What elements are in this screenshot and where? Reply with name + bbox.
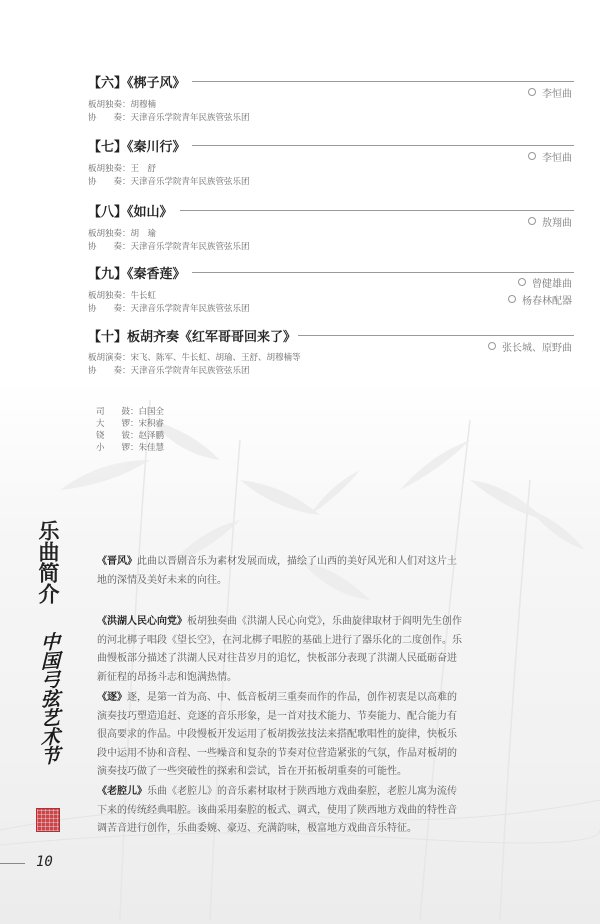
intro-title: 《晋风》	[97, 556, 137, 567]
composer-credits: 曾健雄曲 杨春林配器	[508, 276, 572, 310]
percussion-row: 司 鼓：白国全	[96, 406, 164, 418]
title-rule	[298, 335, 574, 336]
title-rule	[192, 81, 574, 82]
title-rule	[192, 145, 574, 146]
performers: 板胡独奏：胡 瑜 协 奏：天津音乐学院青年民族管弦乐团	[88, 228, 250, 254]
piece-title: 【七】《秦川行》	[88, 136, 192, 155]
circle-bullet-icon	[528, 152, 536, 160]
percussion-row: 小 锣：朱佳慧	[96, 442, 164, 454]
program-item-7: 【七】《秦川行》 李恒曲 板胡独奏：王 舒 协 奏：天津音乐学院青年民族管弦乐团	[88, 136, 588, 154]
section-title: 乐曲简介	[36, 520, 60, 604]
composer-credits: 李恒曲	[528, 150, 572, 167]
performers: 板胡独奏：胡穆楠 协 奏：天津音乐学院青年民族管弦乐团	[88, 99, 250, 125]
title-rule	[180, 210, 574, 211]
circle-bullet-icon	[508, 295, 516, 303]
piece-title: 【六】《梆子风》	[88, 72, 192, 91]
circle-bullet-icon	[518, 278, 526, 286]
piece-title: 【八】《如山》	[88, 201, 179, 220]
intro-paragraph: 《晋风》此曲以晋剧音乐为素材发展而成，描绘了山西的美好风光和人们对这片土地的深情…	[97, 553, 465, 590]
festival-calligraphy: 中国弓弦艺术节	[34, 631, 62, 766]
composer-credits: 敖翔曲	[528, 215, 572, 232]
intro-title: 《逐》	[97, 692, 127, 703]
piece-title: 【九】《秦香莲》	[88, 263, 192, 282]
intro-paragraph: 《逐》逐，是第一首为高、中、低音板胡三重奏而作的作品，创作初衷是以高难的演奏技巧…	[97, 689, 465, 782]
percussion-row: 铙 钹：赵泽鹏	[96, 430, 164, 442]
performers: 板胡独奏：王 舒 协 奏：天津音乐学院青年民族管弦乐团	[88, 163, 250, 189]
page-number: 10	[36, 854, 53, 870]
circle-bullet-icon	[528, 217, 536, 225]
intro-text: 此曲以晋剧音乐为素材发展而成，描绘了山西的美好风光和人们对这片土地的深情及美好未…	[97, 556, 457, 586]
composer-credits: 李恒曲	[528, 86, 572, 103]
intro-text: 乐曲《老腔儿》的音乐素材取材于陕西地方戏曲秦腔，老腔儿寓为流传下来的传统经典唱腔…	[97, 786, 457, 834]
circle-bullet-icon	[528, 88, 536, 96]
circle-bullet-icon	[488, 342, 496, 350]
footer-rule	[0, 863, 25, 864]
intro-title: 《洪湖人民心向党》	[97, 616, 187, 627]
title-rule	[192, 272, 574, 273]
program-item-10: 【十】板胡齐奏《红军哥哥回来了》 张长城、原野曲 板胡演奏：宋飞、陈军、牛长虹、…	[88, 326, 588, 344]
red-seal-icon	[36, 808, 60, 832]
program-item-6: 【六】《梆子风》 李恒曲 板胡独奏：胡穆楠 协 奏：天津音乐学院青年民族管弦乐团	[88, 72, 588, 90]
percussion-list: 司 鼓：白国全 大 锣：宋积睿 铙 钹：赵泽鹏 小 锣：朱佳慧	[96, 406, 164, 454]
composer-credits: 张长城、原野曲	[488, 340, 572, 357]
program-item-9: 【九】《秦香莲》 曾健雄曲 杨春林配器 板胡独奏：牛长虹 协 奏：天津音乐学院青…	[88, 263, 588, 281]
performers: 板胡独奏：牛长虹 协 奏：天津音乐学院青年民族管弦乐团	[88, 290, 250, 316]
percussion-row: 大 锣：宋积睿	[96, 418, 164, 430]
intro-paragraph: 《老腔儿》乐曲《老腔儿》的音乐素材取材于陕西地方戏曲秦腔，老腔儿寓为流传下来的传…	[97, 783, 465, 839]
intro-paragraph: 《洪湖人民心向党》板胡独奏曲《洪湖人民心向党》，乐曲旋律取材于阎明先生创作的河北…	[97, 613, 465, 687]
program-item-8: 【八】《如山》 敖翔曲 板胡独奏：胡 瑜 协 奏：天津音乐学院青年民族管弦乐团	[88, 201, 588, 219]
intro-title: 《老腔儿》	[97, 786, 147, 797]
performers: 板胡演奏：宋飞、陈军、牛长虹、胡瑜、王舒、胡穆楠等 协 奏：天津音乐学院青年民族…	[88, 352, 301, 378]
piece-title: 【十】板胡齐奏《红军哥哥回来了》	[88, 326, 302, 345]
intro-text: 逐，是第一首为高、中、低音板胡三重奏而作的作品，创作初衷是以高难的演奏技巧塑造追…	[97, 692, 457, 777]
